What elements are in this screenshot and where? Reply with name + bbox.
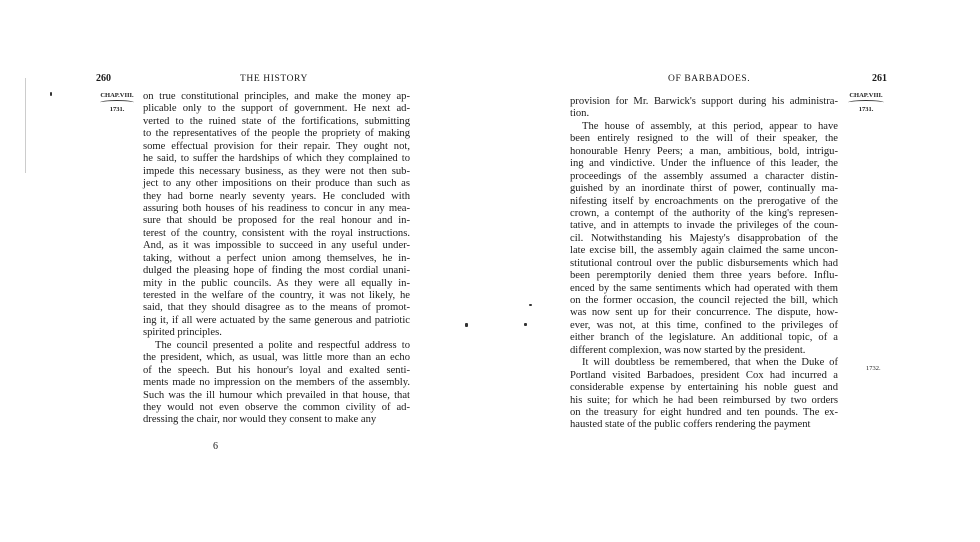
right-page: OF BARBADOES. 261 CHAP.VIII. 1731. provi… <box>490 0 980 542</box>
text-line: spirited principles. <box>143 327 410 339</box>
text-line: considerable expense by entertaining his… <box>570 382 838 394</box>
year-label: 1731. <box>859 106 874 113</box>
scan-speck <box>524 323 527 326</box>
text-line: verted to the ruined state of the fortif… <box>143 116 410 128</box>
margin-note: CHAP.VIII. 1731. <box>98 92 136 113</box>
running-head: THE HISTORY <box>240 74 308 84</box>
body-text: provision for Mr. Barwick's support duri… <box>570 96 838 432</box>
text-line: plicable only to the support of governme… <box>143 103 410 115</box>
text-line: terest of the country, consistent with t… <box>143 228 410 240</box>
text-line: ject to any other impositions on their p… <box>143 178 410 190</box>
text-line: cil. Notwithstanding his Majesty's disap… <box>570 233 838 245</box>
scan-speck <box>465 323 468 327</box>
text-line: hausted state of the public coffers rend… <box>570 419 838 431</box>
text-line: crown, a contempt of the authority of th… <box>570 208 838 220</box>
text-line: dressing the chair, nor would they conse… <box>143 414 410 426</box>
text-line: they had borne nearly seventy years. He … <box>143 191 410 203</box>
text-line: on the treasury for eight hundred and te… <box>570 407 838 419</box>
text-line: nifesting itself by encroachments on the… <box>570 196 838 208</box>
margin-note: CHAP.VIII. 1731. <box>846 92 886 113</box>
text-line: sure that should be proposed for the rea… <box>143 215 410 227</box>
text-line: ments made no impression on the members … <box>143 377 410 389</box>
scan-speck <box>529 304 532 306</box>
brace-icon <box>848 100 884 105</box>
text-line: It will doubtless be remembered, that wh… <box>570 357 838 369</box>
text-line: the president, which, as usual, was litt… <box>143 352 410 364</box>
year-label: 1731. <box>110 106 125 113</box>
text-line: on true constitutional principles, and m… <box>143 91 410 103</box>
text-line: different complexion, was now started by… <box>570 345 838 357</box>
text-line: impede this necessary business, as they … <box>143 166 410 178</box>
text-line: they would not even observe the common c… <box>143 402 410 414</box>
text-line: was now sent up for their concurrence. T… <box>570 307 838 319</box>
text-line: assuring both houses of his readiness to… <box>143 203 410 215</box>
text-line: been entirely resigned to the will of th… <box>570 133 838 145</box>
body-text: on true constitutional principles, and m… <box>143 91 410 427</box>
left-page: 260 THE HISTORY CHAP.VIII. 1731. on true… <box>0 0 470 542</box>
chapter-label: CHAP.VIII. <box>849 92 882 99</box>
text-line: provision for Mr. Barwick's support duri… <box>570 96 838 108</box>
text-line: ing it, if all were actuated by the same… <box>143 315 410 327</box>
text-line: honourable Henry Peers; a man, ambitious… <box>570 146 838 158</box>
text-line: ever, was not, at this time, confined to… <box>570 320 838 332</box>
text-line: The house of assembly, at this period, a… <box>570 121 838 133</box>
text-line: on the former occasion, the council reje… <box>570 295 838 307</box>
text-line: dulged the pleasing hope of finding the … <box>143 265 410 277</box>
brace-icon <box>100 100 134 105</box>
signature-mark: 6 <box>213 441 218 452</box>
text-line: tion. <box>570 108 838 120</box>
text-line: of the speech. But his honour's loyal an… <box>143 365 410 377</box>
text-line: tative, and in attempts to invade the pr… <box>570 220 838 232</box>
text-line: stitutional controul over the public dis… <box>570 258 838 270</box>
running-head: OF BARBADOES. <box>668 74 750 84</box>
text-line: been peremptorily denied them three year… <box>570 270 838 282</box>
text-line: taking, without a perfect union among th… <box>143 253 410 265</box>
text-line: he said, to suffer the hardships of whic… <box>143 153 410 165</box>
text-line: his suite; for which he had been reimbur… <box>570 395 838 407</box>
page-number: 261 <box>872 73 887 84</box>
text-line: terested in the welfare of the country, … <box>143 290 410 302</box>
text-line: And, as it was impossible to succeed in … <box>143 240 410 252</box>
text-line: mity in the public councils. As they wer… <box>143 278 410 290</box>
chapter-label: CHAP.VIII. <box>100 92 133 99</box>
text-line: Portland visited Barbadoes, president Co… <box>570 370 838 382</box>
text-line: proceedings of the assembly assumed a ch… <box>570 171 838 183</box>
text-line: ing and vindictive. Under the influence … <box>570 158 838 170</box>
text-line: guished by an inordinate thirst of power… <box>570 183 838 195</box>
text-line: said, that they should disagree as to th… <box>143 302 410 314</box>
page-number: 260 <box>96 73 111 84</box>
margin-year: 1732. <box>866 365 881 372</box>
text-line: The council presented a polite and respe… <box>143 340 410 352</box>
text-line: some effectual provision for their repai… <box>143 141 410 153</box>
text-line: either branch of the legislature. An add… <box>570 332 838 344</box>
text-line: to the representatives of the people the… <box>143 128 410 140</box>
scan-speck <box>50 92 52 96</box>
text-line: late excise bill, the assembly again cla… <box>570 245 838 257</box>
text-line: enced by the same sentiments which had o… <box>570 283 838 295</box>
text-line: Such was the ill humour which prevailed … <box>143 390 410 402</box>
